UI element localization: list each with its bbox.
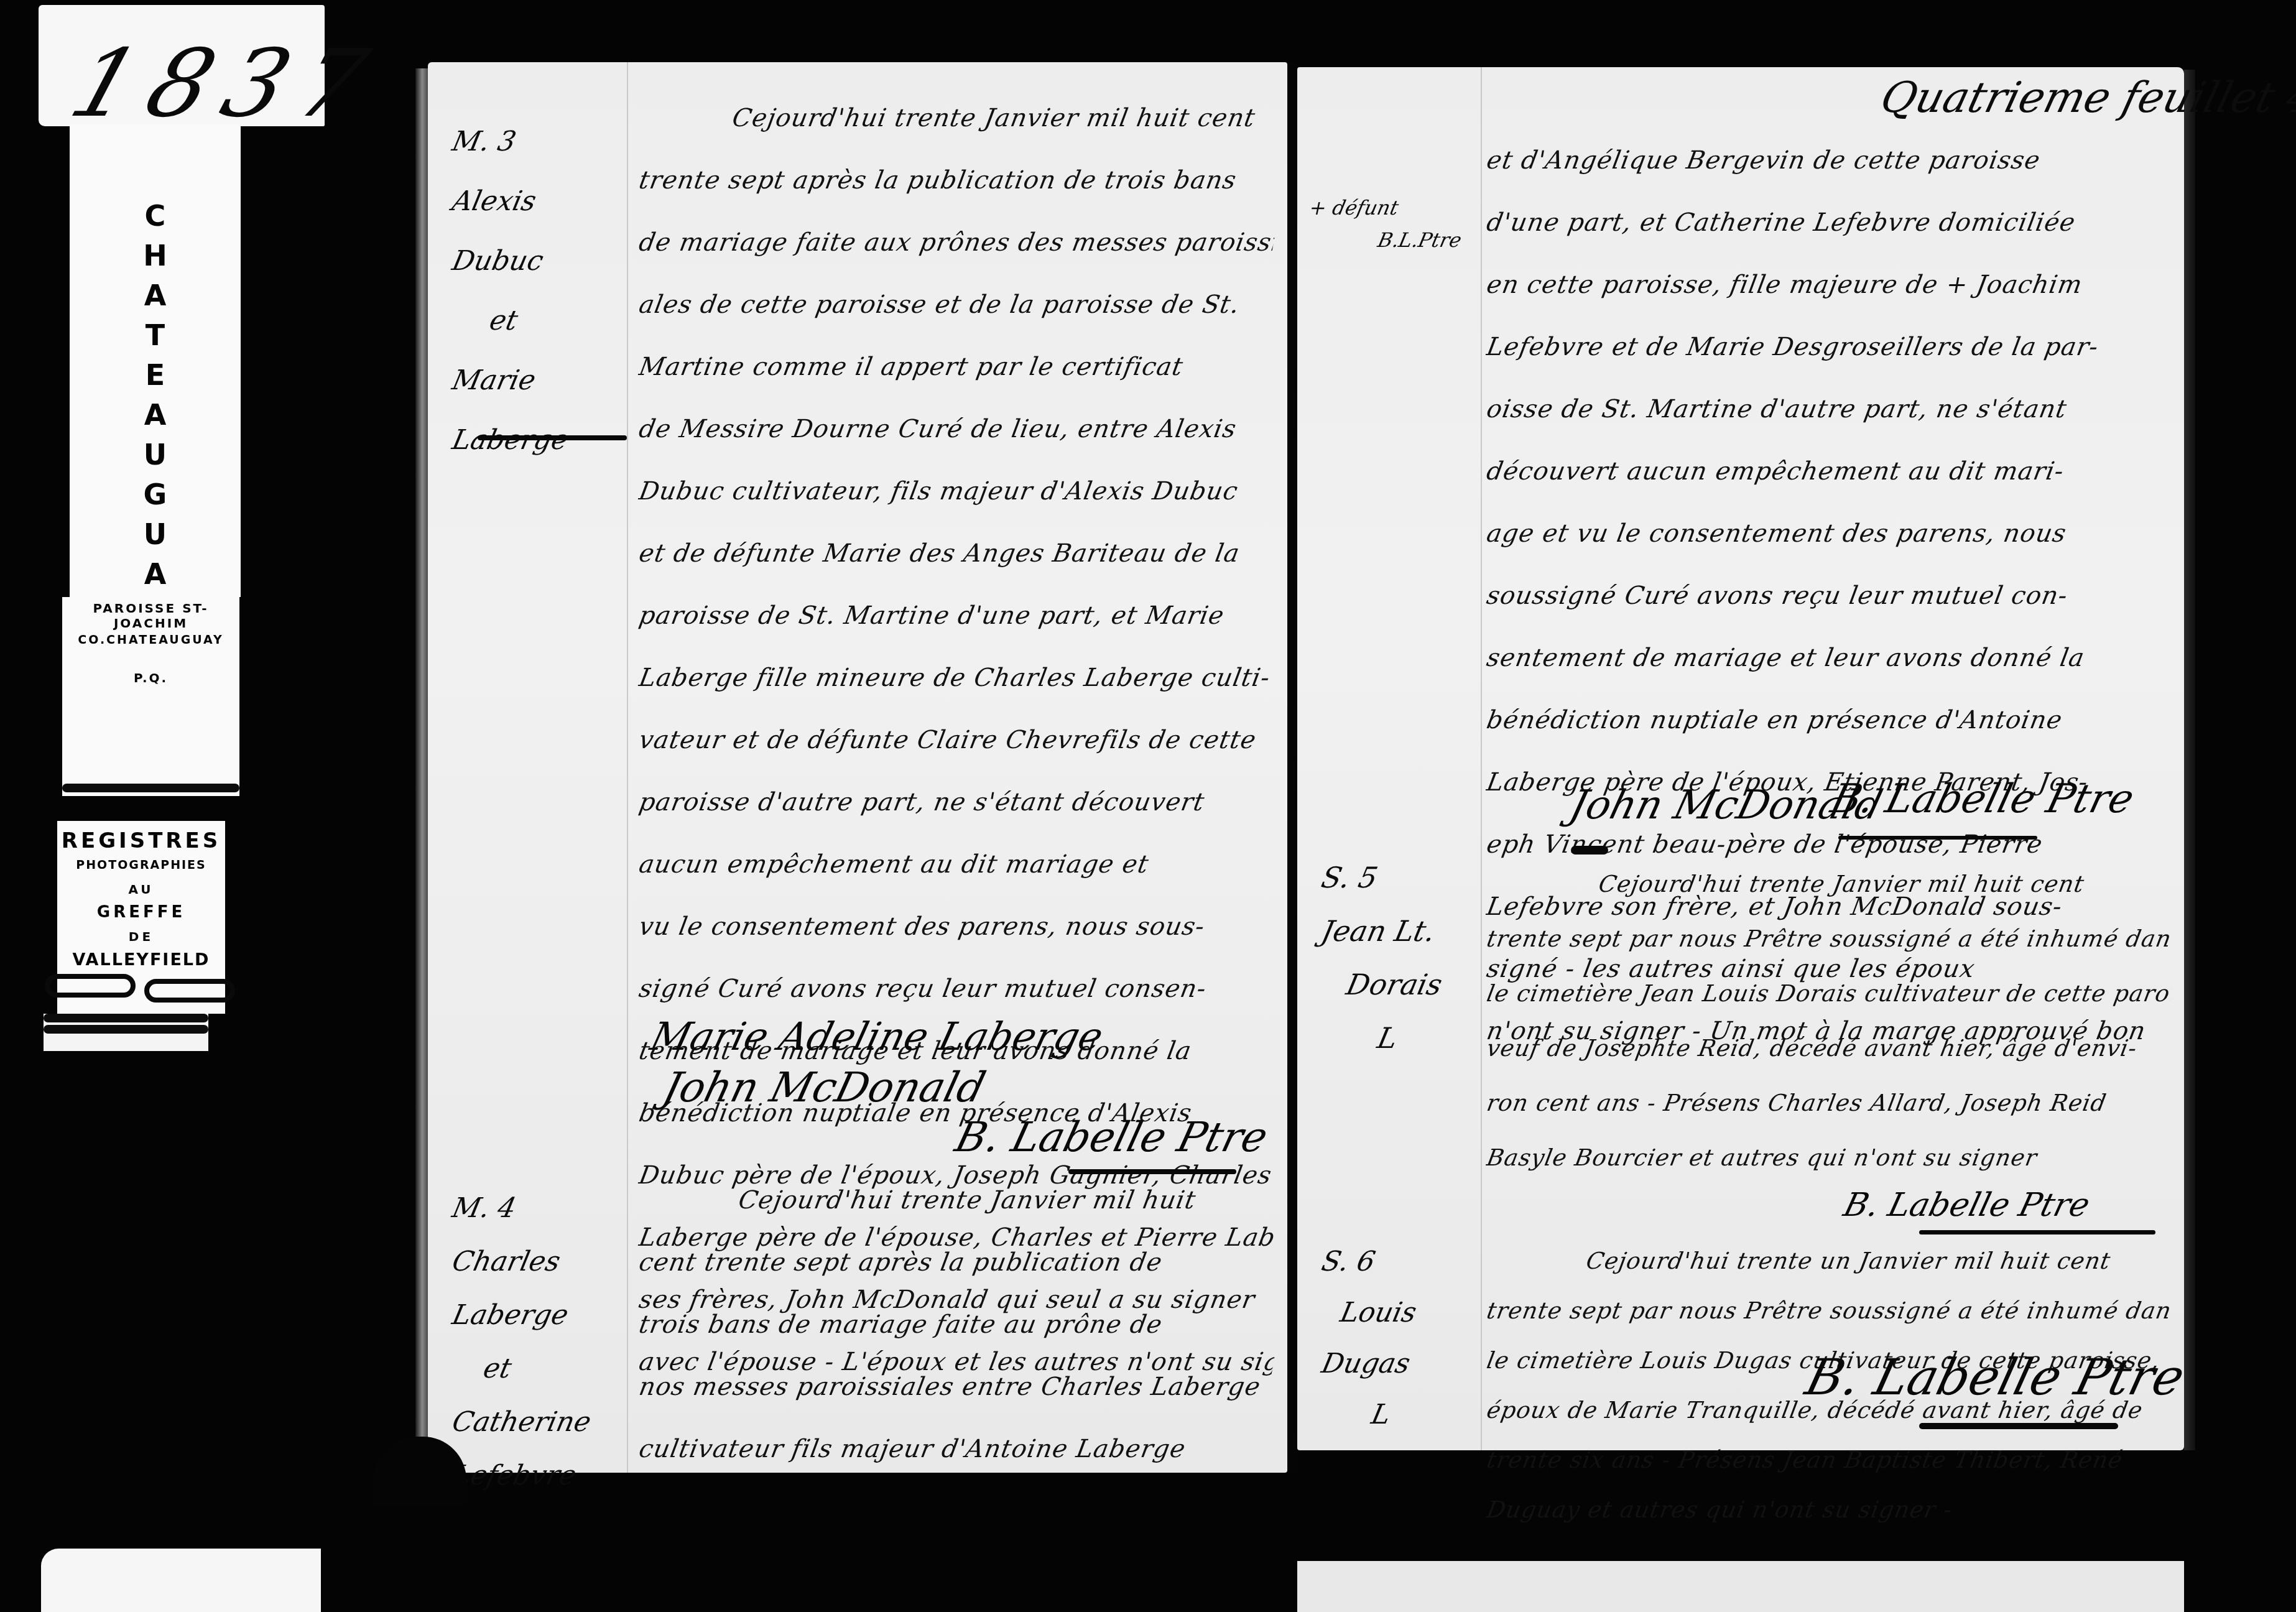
letter: H xyxy=(70,236,241,276)
signature-priest: B. Labelle Ptre xyxy=(1800,1348,2190,1406)
text-line: et de défunte Marie des Anges Bariteau d… xyxy=(634,522,1279,585)
signature-priest: B. Labelle Ptre xyxy=(1826,776,2139,822)
county-name: CO.CHATEAUGUAY xyxy=(62,633,239,647)
text-line: cent trente sept après la publication de xyxy=(634,1231,1279,1294)
signature-bride: Marie Adeline Laberge xyxy=(646,1014,1108,1059)
margin-flourish xyxy=(478,435,627,440)
burial-mark: L xyxy=(1317,1011,1448,1065)
text-line: nos messes paroissiales entre Charles La… xyxy=(634,1356,1279,1418)
text-line: age et vu le consentement des parens, no… xyxy=(1481,503,2177,565)
text-line: Laberge fille mineure de Charles Laberge… xyxy=(634,647,1279,709)
parish-name: PAROISSE ST-JOACHIM xyxy=(62,601,239,631)
text-line: de Messire Dourne Curé de lieu, entre Al… xyxy=(634,398,1279,460)
letter: U xyxy=(70,514,241,554)
archive-line: GREFFE xyxy=(57,903,225,922)
letter: T xyxy=(70,315,241,355)
place-name-vertical: C H A T E A U G U A Y xyxy=(70,196,241,634)
folio-header: Quatrieme feuillet 4 xyxy=(1876,73,2296,123)
text-line: paroisse d'autre part, ne s'étant découv… xyxy=(634,771,1279,833)
paperclip-icon xyxy=(45,974,136,998)
letter: A xyxy=(70,395,241,435)
text-line: Basyle Bourcier et autres qui n'ont su s… xyxy=(1482,1131,2176,1185)
text-line: d'une part, et Catherine Lefebvre domici… xyxy=(1481,192,2177,254)
text-line: aucun empêchement au dit mariage et xyxy=(634,833,1279,896)
signature-flourish xyxy=(1571,846,1608,855)
text-line: vateur et de défunte Claire Chevrefils d… xyxy=(634,709,1279,771)
bride-surname: Laberge xyxy=(447,410,574,470)
left-page: M. 3 Alexis Dubuc et Marie Laberge Cejou… xyxy=(428,62,1287,1473)
margin-note-correction: + défunt B.L.Ptre xyxy=(1310,192,1461,256)
text-line: veuf de Josephte Reid, décédé avant hier… xyxy=(1482,1021,2176,1076)
text-line: trois bans de mariage faite au prône de xyxy=(634,1294,1279,1356)
burial-mark: L xyxy=(1317,1389,1421,1440)
text-line: Duguay et autres qui n'ont su signer - xyxy=(1483,1485,2175,1535)
archive-line: REGISTRES xyxy=(57,828,225,853)
archive-label-strip: REGISTRES PHOTOGRAPHIES AU GREFFE DE VAL… xyxy=(57,821,225,1014)
archive-line: DE xyxy=(57,929,225,944)
paperclip-icon xyxy=(144,979,235,1003)
text-line: trente sept par nous Prêtre soussigné a … xyxy=(1483,1286,2175,1336)
deceased-surname: Dorais xyxy=(1317,958,1448,1011)
archive-line: PHOTOGRAPHIES xyxy=(57,858,225,872)
letter: U xyxy=(70,435,241,475)
year-tab: 1837 xyxy=(39,5,325,126)
deceased-first-name: Jean Lt. xyxy=(1317,904,1448,958)
right-page: Quatrieme feuillet 4 + défunt B.L.Ptre e… xyxy=(1297,67,2184,1450)
entry-number: M. 4 xyxy=(447,1182,596,1235)
conjunction: et xyxy=(447,291,574,351)
text-line: sentement de mariage et leur avons donné… xyxy=(1481,627,2177,689)
text-line: Cejourd'hui trente Janvier mil huit xyxy=(634,1169,1279,1231)
province-code: P.Q. xyxy=(62,670,239,685)
archive-line: VALLEYFIELD xyxy=(57,950,225,970)
deceased-first-name: Louis xyxy=(1317,1287,1421,1338)
conjunction: et xyxy=(447,1342,596,1396)
margin-note-m3: M. 3 Alexis Dubuc et Marie Laberge xyxy=(453,112,568,470)
archive-line: AU xyxy=(57,882,225,897)
entry-number: S. 6 xyxy=(1317,1236,1421,1287)
entry-number: S. 5 xyxy=(1317,851,1448,904)
binding-band xyxy=(62,784,239,792)
groom-surname: Dubuc xyxy=(447,231,574,291)
text-line: Martine comme il appert par le certifica… xyxy=(634,336,1279,398)
bride-surname: Lefebvre xyxy=(447,1449,596,1503)
text-line: Cejourd'hui trente un Janvier mil huit c… xyxy=(1483,1236,2175,1286)
archive-label-strip-tail xyxy=(44,1014,208,1051)
page-edge xyxy=(2184,70,2195,1450)
text-line: Lefebvre et de Marie Desgroseillers de l… xyxy=(1481,316,2177,378)
text-line: Dubuc cultivateur, fils majeur d'Alexis … xyxy=(634,460,1279,522)
page-edge xyxy=(415,68,429,1468)
letter: A xyxy=(70,276,241,315)
book-gutter xyxy=(1287,62,1297,1474)
text-line: trente sept après la publication de troi… xyxy=(634,149,1279,211)
year-label: 1837 xyxy=(58,30,396,138)
text-line: soussigné Curé avons reçu leur mutuel co… xyxy=(1481,565,2177,627)
signature-flourish xyxy=(1838,836,2037,840)
text-line: en cette paroisse, fille majeure de + Jo… xyxy=(1481,254,2177,316)
groom-surname: Laberge xyxy=(447,1289,596,1342)
text-line: oisse de St. Martine d'autre part, ne s'… xyxy=(1481,378,2177,440)
text-line: ales de cette paroisse et de la paroisse… xyxy=(634,274,1279,336)
next-page-edge xyxy=(1297,1561,2184,1612)
letter: C xyxy=(70,196,241,236)
letter: G xyxy=(70,475,241,514)
margin-rule xyxy=(627,62,628,1473)
deceased-surname: Dugas xyxy=(1317,1338,1421,1389)
binding-band xyxy=(44,1025,208,1034)
letter: A xyxy=(70,554,241,594)
entry-body-m4: Cejourd'hui trente Janvier mil huit cent… xyxy=(639,1169,1274,1480)
text-line: découvert aucun empêchement au dit mari- xyxy=(1481,440,2177,503)
text-line: le cimetière Jean Louis Dorais cultivate… xyxy=(1482,966,2176,1021)
parish-label-strip-lower: PAROISSE ST-JOACHIM CO.CHATEAUGUAY P.Q. xyxy=(62,597,239,796)
text-line: bénédiction nuptiale en présence d'Antoi… xyxy=(1481,689,2177,751)
margin-note-s6: S. 6 Louis Dugas L xyxy=(1322,1236,1416,1440)
text-line: signé Curé avons reçu leur mutuel consen… xyxy=(634,958,1279,1020)
margin-rule xyxy=(1481,67,1482,1450)
correction-initials: B.L.Ptre xyxy=(1306,224,1465,256)
signature-priest: B. Labelle Ptre xyxy=(1840,1187,2094,1224)
groom-first-name: Charles xyxy=(447,1235,596,1289)
groom-first-name: Alexis xyxy=(447,172,574,231)
text-line: Cejourd'hui trente Janvier mil huit cent xyxy=(1482,857,2176,912)
correction-note: + défunt xyxy=(1306,192,1465,224)
text-line: et d'Angélique Bergevin de cette paroiss… xyxy=(1481,129,2177,192)
letter: E xyxy=(70,355,241,395)
text-line: trente sept par nous Prêtre soussigné a … xyxy=(1482,912,2176,966)
text-line: cultivateur fils majeur d'Antoine Laberg… xyxy=(634,1418,1279,1480)
text-line: paroisse de St. Martine d'une part, et M… xyxy=(634,585,1279,647)
entry-number: M. 3 xyxy=(447,112,574,172)
parish-label-strip: C H A T E A U G U A Y PAROISSE ST-JOACHI… xyxy=(70,124,241,597)
signature-flourish xyxy=(1919,1423,2118,1429)
binding-band xyxy=(44,1014,208,1022)
signature-priest: B. Labelle Ptre xyxy=(950,1113,1272,1161)
signature-flourish xyxy=(1919,1230,2155,1234)
margin-note-s5: S. 5 Jean Lt. Dorais L xyxy=(1322,851,1442,1065)
text-line: trente six ans - Présens Jean Baptiste T… xyxy=(1483,1435,2175,1485)
text-line: ron cent ans - Présens Charles Allard, J… xyxy=(1482,1076,2176,1131)
bride-first-name: Catherine xyxy=(447,1396,596,1449)
entry-body-s5: Cejourd'hui trente Janvier mil huit cent… xyxy=(1487,857,2171,1185)
margin-note-m4: M. 4 Charles Laberge et Catherine Lefebv… xyxy=(453,1182,590,1503)
bride-first-name: Marie xyxy=(447,351,574,410)
text-line: vu le consentement des parens, nous sous… xyxy=(634,896,1279,958)
text-line: Cejourd'hui trente Janvier mil huit cent xyxy=(634,87,1279,149)
text-line: de mariage faite aux prônes des messes p… xyxy=(634,211,1279,274)
signature-witness: John McDonald xyxy=(658,1063,990,1111)
next-label-strip xyxy=(41,1549,321,1612)
